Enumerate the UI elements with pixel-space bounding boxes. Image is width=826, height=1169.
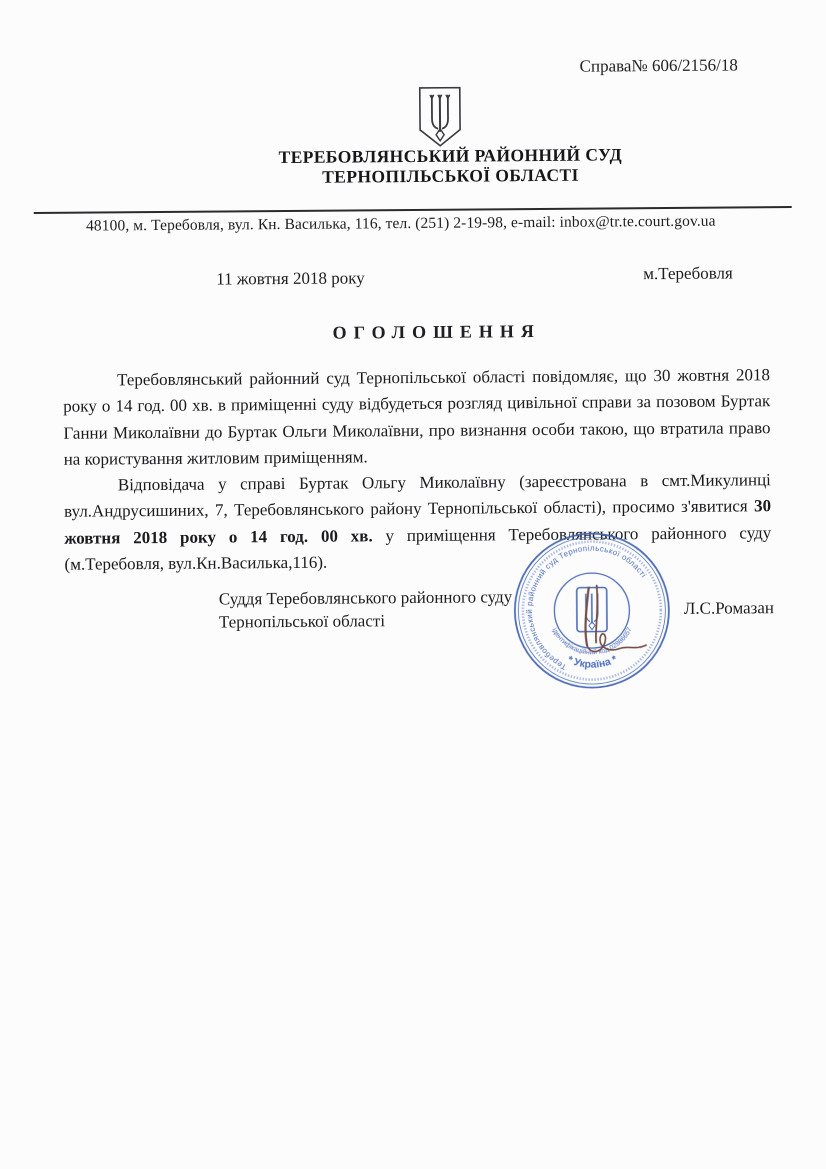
document-title: ОГОЛОШЕННЯ [24, 319, 826, 346]
court-stamp: Теребовлянський районний суд Тернопільсь… [506, 525, 677, 696]
document-page: Справа№ 606/2156/18 ТЕРЕБОВЛЯНСЬКИЙ РАЙО… [0, 0, 826, 1169]
stamp-trident-icon [577, 587, 607, 631]
scanned-sheet: Справа№ 606/2156/18 ТЕРЕБОВЛЯНСЬКИЙ РАЙО… [0, 0, 826, 1169]
case-number: Справа№ 606/2156/18 [580, 55, 738, 76]
signature-role-line2: Тернопільської області [219, 609, 513, 634]
signature-role-block: Суддя Теребовлянського районного суду Те… [219, 586, 513, 633]
ukraine-trident-emblem-icon [417, 86, 463, 148]
signature-role-line1: Суддя Теребовлянського районного суду [219, 586, 513, 611]
body-paragraph-1: Теребовлянський районний суд Тернопільсь… [63, 362, 771, 473]
judge-name: Л.С.Ромазан [684, 598, 774, 619]
paragraph2-text: Відповідача у справі Буртак Ольгу Микола… [64, 470, 771, 521]
court-contact-line: 48100, м. Теребовля, вул. Кн. Василька, … [0, 212, 814, 236]
court-name-header: ТЕРЕБОВЛЯНСЬКИЙ РАЙОННИЙ СУД ТЕРНОПІЛЬСЬ… [37, 143, 826, 188]
document-date: 11 жовтня 2018 року [216, 268, 365, 289]
stamp-code-text: ідентифікаційний код 02886657 [550, 626, 634, 657]
document-place: м.Теребовля [643, 263, 733, 284]
